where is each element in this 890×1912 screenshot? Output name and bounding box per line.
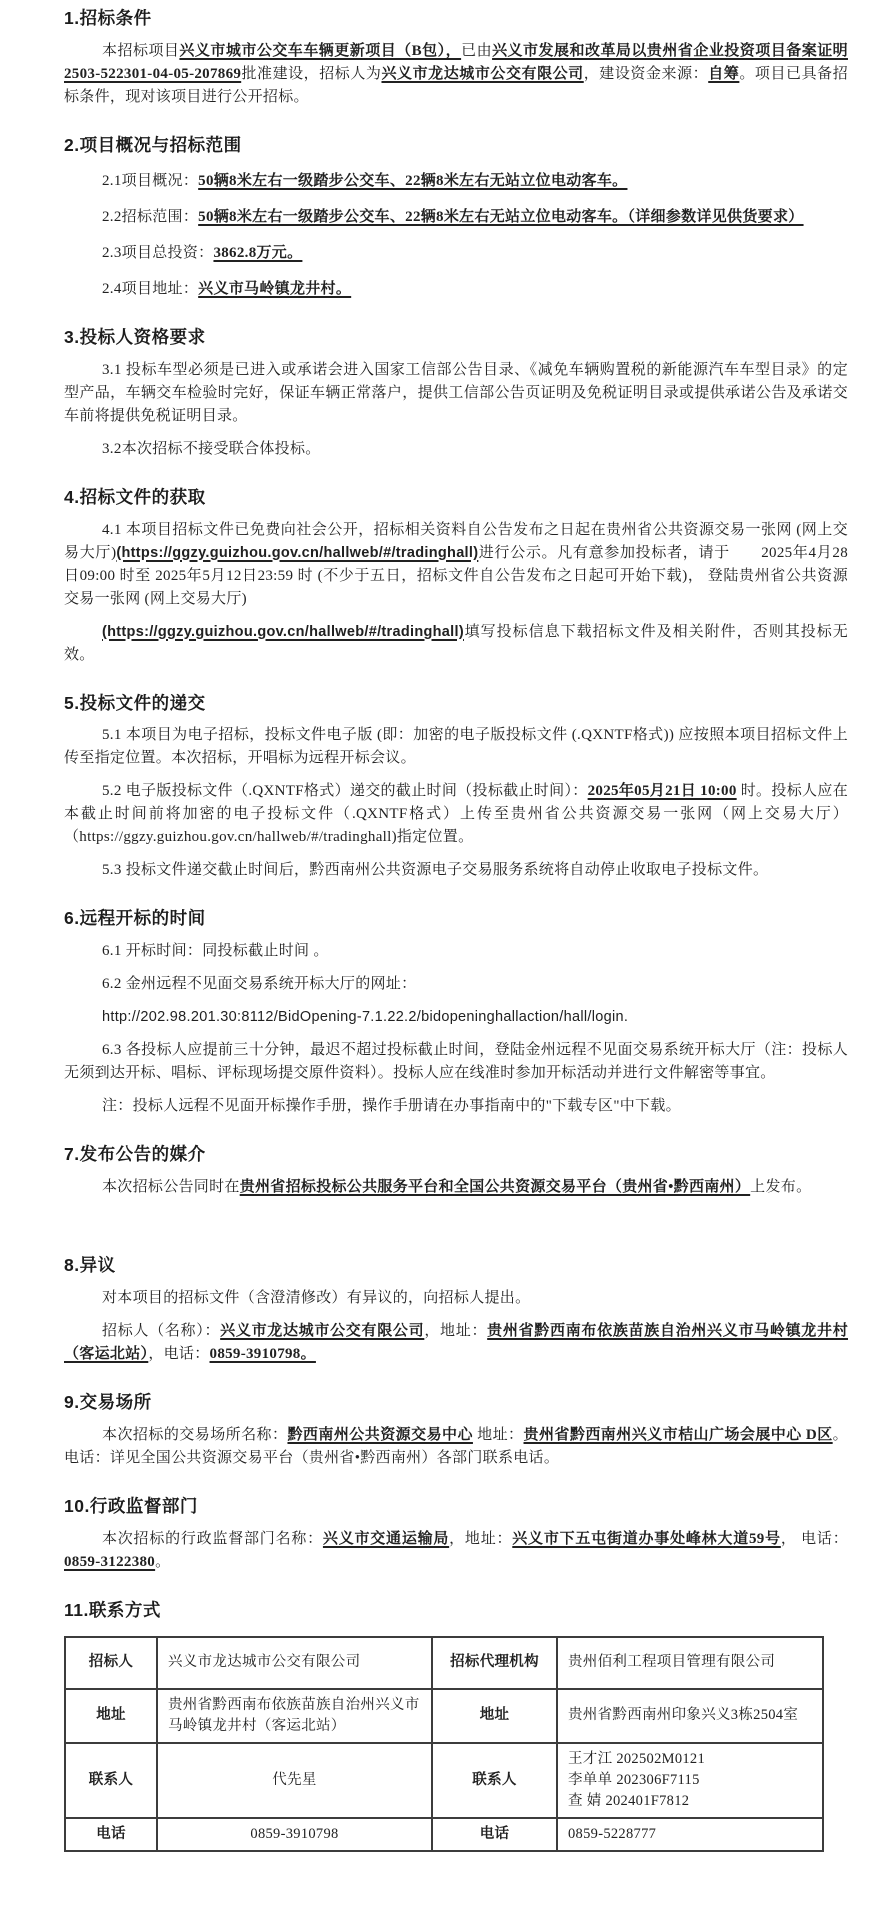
contact-table: 招标人兴义市龙达城市公交有限公司招标代理机构贵州佰利工程项目管理有限公司地址贵州…: [64, 1636, 824, 1852]
table-label-cell: 电话: [432, 1818, 557, 1851]
paragraph: 2.1项目概况：50辆8米左右一级踏步公交车、22辆8米左右无站立位电动客车。: [64, 170, 848, 193]
text-run: ，建设资金来源：: [584, 66, 708, 82]
text-run: 已由: [461, 43, 492, 59]
text-run: 上发布。: [750, 1179, 811, 1195]
text-run: 0859-3910798。: [210, 1346, 316, 1362]
text-run: ，地址：: [424, 1323, 487, 1339]
text-run: 0859-3122380: [64, 1554, 155, 1570]
text-run: 2.4项目地址：: [102, 281, 198, 297]
section-heading: 10.行政监督部门: [64, 1496, 848, 1518]
url-link[interactable]: (https://ggzy.guizhou.gov.cn/hallweb/#/t…: [116, 545, 478, 561]
table-row: 地址贵州省黔西南布依族苗族自治州兴义市马岭镇龙井村（客运北站）地址贵州省黔西南州…: [65, 1689, 823, 1743]
table-value-cell: 贵州省黔西南布依族苗族自治州兴义市马岭镇龙井村（客运北站）: [157, 1689, 432, 1743]
section-heading: 6.远程开标的时间: [64, 908, 848, 930]
text-run: 对本项目的招标文件（含澄清修改）有异议的，向招标人提出。: [102, 1290, 530, 1306]
text-run: 3862.8万元。: [213, 245, 302, 261]
paragraph: 3.2本次招标不接受联合体投标。: [64, 438, 848, 461]
paragraph: 2.3项目总投资：3862.8万元。: [64, 242, 848, 265]
text-run: 招标人（名称）：: [102, 1323, 220, 1339]
section-heading: 4.招标文件的获取: [64, 487, 848, 509]
text-run: ，电话：: [148, 1346, 209, 1362]
table-label-cell: 招标代理机构: [432, 1637, 557, 1689]
text-run: 兴义市马岭镇龙井村。: [198, 281, 351, 297]
paragraph: 3.1 投标车型必须是已进入或承诺会进入国家工信部公告目录、《减免车辆购置税的新…: [64, 359, 848, 428]
section-1: 1.招标条件本招标项目兴义市城市公交车车辆更新项目（B包），已由兴义市发展和改革…: [64, 8, 848, 109]
section-5: 5.投标文件的递交5.1 本项目为电子招标，投标文件电子版 (即：加密的电子版投…: [64, 693, 848, 883]
text-run: 6.2 金州远程不见面交易系统开标大厅的网址：: [102, 976, 416, 992]
paragraph: 本招标项目兴义市城市公交车车辆更新项目（B包），已由兴义市发展和改革局以贵州省企…: [64, 40, 848, 109]
tender-announcement-document: 1.招标条件本招标项目兴义市城市公交车车辆更新项目（B包），已由兴义市发展和改革…: [64, 8, 848, 1852]
text-run: 兴义市城市公交车车辆更新项目（B包），: [179, 43, 461, 59]
table-value-cell: 0859-3910798: [157, 1818, 432, 1851]
table-value-cell: 贵州佰利工程项目管理有限公司: [557, 1637, 823, 1689]
table-row: 联系人代先星联系人王才江 202502M0121 李单单 202306F7115…: [65, 1743, 823, 1818]
section-heading: 2.项目概况与招标范围: [64, 135, 848, 157]
paragraph: 本次招标的行政监督部门名称：兴义市交通运输局，地址：兴义市下五屯街道办事处峰林大…: [64, 1528, 848, 1574]
table-label-cell: 联系人: [65, 1743, 157, 1818]
paragraph: 本次招标公告同时在贵州省招标投标公共服务平台和全国公共资源交易平台（贵州省•黔西…: [64, 1176, 848, 1199]
paragraph: 4.1 本项目招标文件已免费向社会公开，招标相关资料自公告发布之日起在贵州省公共…: [64, 519, 848, 611]
section-3: 3.投标人资格要求3.1 投标车型必须是已进入或承诺会进入国家工信部公告目录、《…: [64, 327, 848, 461]
paragraph: 5.3 投标文件递交截止时间后，黔西南州公共资源电子交易服务系统将自动停止收取电…: [64, 859, 848, 882]
text-run: 黔西南州公共资源交易中心: [287, 1427, 472, 1443]
text-run: 本次招标的行政监督部门名称：: [102, 1531, 323, 1547]
table-label-cell: 联系人: [432, 1743, 557, 1818]
text-run: 2025年05月21日 10:00: [588, 783, 737, 799]
paragraph: 5.2 电子版投标文件（.QXNTF格式）递交的截止时间（投标截止时间）：202…: [64, 780, 848, 849]
paragraph: 对本项目的招标文件（含澄清修改）有异议的，向招标人提出。: [64, 1287, 848, 1310]
table-row: 招标人兴义市龙达城市公交有限公司招标代理机构贵州佰利工程项目管理有限公司: [65, 1637, 823, 1689]
text-run: 贵州省黔西南州兴义市桔山广场会展中心 D区: [524, 1427, 833, 1443]
paragraph: 2.2招标范围：50辆8米左右一级踏步公交车、22辆8米左右无站立位电动客车。（…: [64, 206, 848, 229]
text-run: 6.3 各投标人应提前三十分钟，最迟不超过投标截止时间，登陆金州远程不见面交易系…: [64, 1042, 848, 1081]
section-4: 4.招标文件的获取4.1 本项目招标文件已免费向社会公开，招标相关资料自公告发布…: [64, 487, 848, 667]
section-8: 8.异议对本项目的招标文件（含澄清修改）有异议的，向招标人提出。招标人（名称）：…: [64, 1255, 848, 1366]
text-run: http://202.98.201.30:8112/BidOpening-7.1…: [102, 1009, 628, 1025]
table-value-cell: 兴义市龙达城市公交有限公司: [157, 1637, 432, 1689]
section-9: 9.交易场所本次招标的交易场所名称：黔西南州公共资源交易中心 地址：贵州省黔西南…: [64, 1392, 848, 1470]
section-6: 6.远程开标的时间6.1 开标时间：同投标截止时间 。6.2 金州远程不见面交易…: [64, 908, 848, 1118]
paragraph: (https://ggzy.guizhou.gov.cn/hallweb/#/t…: [64, 621, 848, 667]
text-run: 3.2本次招标不接受联合体投标。: [102, 441, 321, 457]
text-run: 自筹: [708, 66, 739, 82]
table-row: 电话0859-3910798电话0859-5228777: [65, 1818, 823, 1851]
paragraph: 招标人（名称）：兴义市龙达城市公交有限公司，地址：贵州省黔西南布依族苗族自治州兴…: [64, 1320, 848, 1366]
section-heading: 3.投标人资格要求: [64, 327, 848, 349]
paragraph: 2.4项目地址：兴义市马岭镇龙井村。: [64, 278, 848, 301]
paragraph: 本次招标的交易场所名称：黔西南州公共资源交易中心 地址：贵州省黔西南州兴义市桔山…: [64, 1424, 848, 1470]
text-run: 2.1项目概况：: [102, 173, 198, 189]
text-run: 兴义市交通运输局: [323, 1531, 449, 1547]
text-run: 地址：: [473, 1427, 524, 1443]
section-heading: 11.联系方式: [64, 1600, 848, 1622]
table-label-cell: 招标人: [65, 1637, 157, 1689]
text-run: ，地址：: [449, 1531, 512, 1547]
text-run: 5.2 电子版投标文件（.QXNTF格式）递交的截止时间（投标截止时间）：: [102, 783, 588, 799]
text-run: 2.3项目总投资：: [102, 245, 213, 261]
text-run: 贵州省招标投标公共服务平台和全国公共资源交易平台（贵州省•黔西南州）: [240, 1179, 750, 1195]
text-run: 50辆8米左右一级踏步公交车、22辆8米左右无站立位电动客车。: [198, 173, 627, 189]
section-heading: 1.招标条件: [64, 8, 848, 30]
text-run: 本次招标的交易场所名称：: [102, 1427, 287, 1443]
text-run: 兴义市下五屯街道办事处峰林大道59号: [512, 1531, 781, 1547]
paragraph: 6.1 开标时间：同投标截止时间 。: [64, 940, 848, 963]
section-heading: 7.发布公告的媒介: [64, 1144, 848, 1166]
paragraph: http://202.98.201.30:8112/BidOpening-7.1…: [64, 1006, 848, 1029]
section-10: 10.行政监督部门本次招标的行政监督部门名称：兴义市交通运输局，地址：兴义市下五…: [64, 1496, 848, 1574]
table-label-cell: 地址: [65, 1689, 157, 1743]
table-value-cell: 贵州省黔西南州印象兴义3栋2504室: [557, 1689, 823, 1743]
section-heading: 8.异议: [64, 1255, 848, 1277]
text-run: 本次招标公告同时在: [102, 1179, 240, 1195]
text-run: 3.1 投标车型必须是已进入或承诺会进入国家工信部公告目录、《减免车辆购置税的新…: [64, 362, 848, 424]
section-7: 7.发布公告的媒介本次招标公告同时在贵州省招标投标公共服务平台和全国公共资源交易…: [64, 1144, 848, 1199]
paragraph: 6.3 各投标人应提前三十分钟，最迟不超过投标截止时间，登陆金州远程不见面交易系…: [64, 1039, 848, 1085]
text-run: 50辆8米左右一级踏步公交车、22辆8米左右无站立位电动客车。（详细参数详见供货…: [198, 209, 803, 225]
text-run: ， 电话：: [781, 1531, 848, 1547]
paragraph: 注：投标人远程不见面开标操作手册，操作手册请在办事指南中的"下载专区"中下载。: [64, 1095, 848, 1118]
section-2: 2.项目概况与招标范围2.1项目概况：50辆8米左右一级踏步公交车、22辆8米左…: [64, 135, 848, 301]
text-run: 兴义市龙达城市公交有限公司: [220, 1323, 424, 1339]
table-value-cell: 王才江 202502M0121 李单单 202306F7115 查 婧 2024…: [557, 1743, 823, 1818]
section-heading: 5.投标文件的递交: [64, 693, 848, 715]
text-run: 5.1 本项目为电子招标，投标文件电子版 (即：加密的电子版投标文件 (.QXN…: [64, 727, 848, 766]
text-run: 6.1 开标时间：同投标截止时间 。: [102, 943, 329, 959]
table-value-cell: 代先星: [157, 1743, 432, 1818]
section-heading: 9.交易场所: [64, 1392, 848, 1414]
text-run: 批准建设，招标人为: [241, 66, 381, 82]
paragraph: 6.2 金州远程不见面交易系统开标大厅的网址：: [64, 973, 848, 996]
text-run: 注：投标人远程不见面开标操作手册，操作手册请在办事指南中的"下载专区"中下载。: [102, 1098, 681, 1114]
text-run: 。: [155, 1554, 170, 1570]
paragraph: 5.1 本项目为电子招标，投标文件电子版 (即：加密的电子版投标文件 (.QXN…: [64, 724, 848, 770]
section-11: 11.联系方式招标人兴义市龙达城市公交有限公司招标代理机构贵州佰利工程项目管理有…: [64, 1600, 848, 1852]
table-label-cell: 地址: [432, 1689, 557, 1743]
text-run: 5.3 投标文件递交截止时间后，黔西南州公共资源电子交易服务系统将自动停止收取电…: [102, 862, 768, 878]
text-run: 兴义市龙达城市公交有限公司: [381, 66, 583, 82]
url-link[interactable]: (https://ggzy.guizhou.gov.cn/hallweb/#/t…: [102, 624, 464, 640]
text-run: 本招标项目: [102, 43, 179, 59]
text-run: 2.2招标范围：: [102, 209, 198, 225]
table-label-cell: 电话: [65, 1818, 157, 1851]
table-value-cell: 0859-5228777: [557, 1818, 823, 1851]
